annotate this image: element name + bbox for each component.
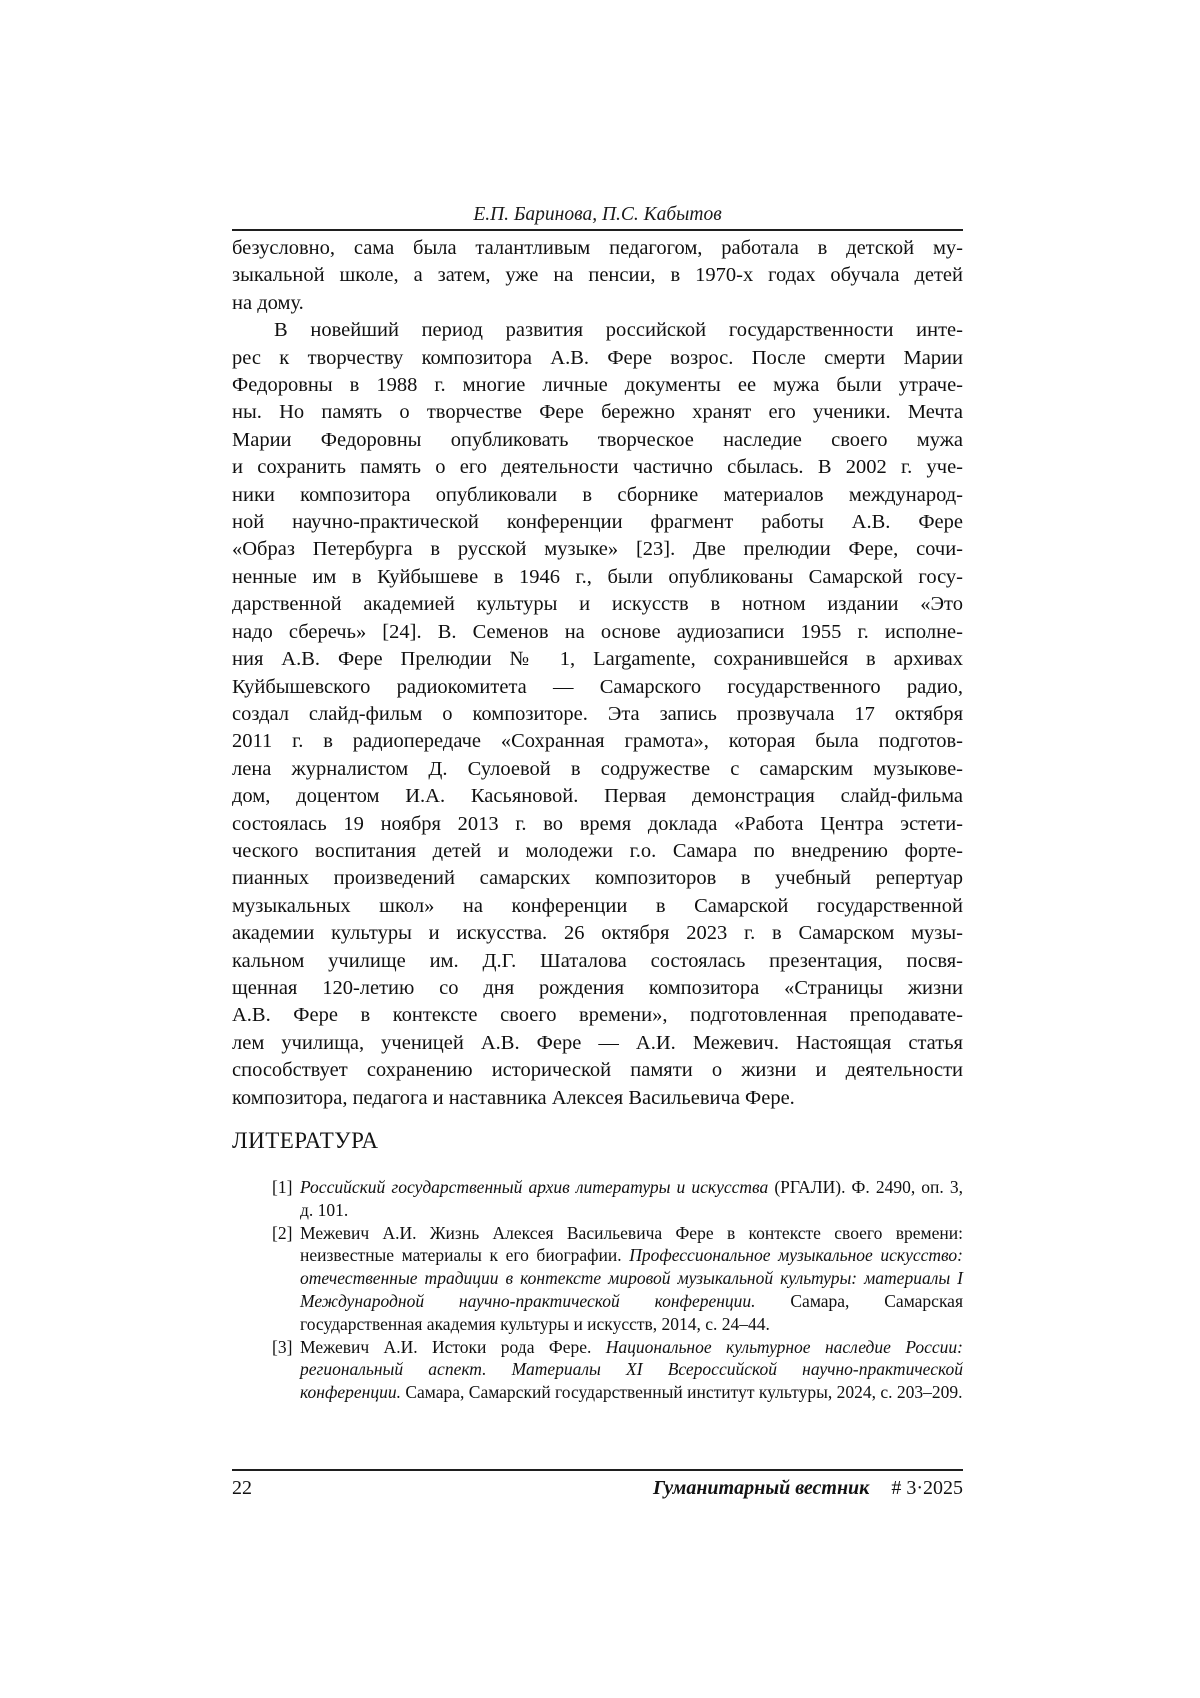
text-line: Марии Федоровны опубликовать творческое … (232, 427, 963, 454)
footer-rule (232, 1469, 963, 1471)
text-line: ники композитора опубликовали в сборнике… (232, 482, 963, 509)
text-line: создал слайд-фильм о композиторе. Эта за… (232, 701, 963, 728)
text-line: и сохранить память о его деятельности ча… (232, 454, 963, 481)
article-body: безусловно, сама была талантливым педаго… (232, 235, 963, 1112)
reference-item: [1]Российский государственный архив лите… (232, 1176, 963, 1222)
reference-item: [3]Межевич А.И. Истоки рода Фере. Национ… (232, 1336, 963, 1404)
text-line: безусловно, сама была талантливым педаго… (232, 235, 963, 262)
text-line: ческого воспитания детей и молодежи г.о.… (232, 838, 963, 865)
text-line: рес к творчеству композитора А.В. Фере в… (232, 345, 963, 372)
text-line: ной научно-практической конференции фраг… (232, 509, 963, 536)
text-line: способствует сохранению исторической пам… (232, 1057, 963, 1084)
text-line: музыкальных школ» на конференции в Самар… (232, 893, 963, 920)
text-line: ния А.В. Фере Прелюдии № 1, Largamente, … (232, 646, 963, 673)
text-line: ны. Но память о творчестве Фере бережно … (232, 399, 963, 426)
header-rule (232, 229, 963, 231)
text-line: надо сберечь» [24]. В. Семенов на основе… (232, 619, 963, 646)
text-line: композитора, педагога и наставника Алекс… (232, 1085, 963, 1112)
reference-text: Межевич А.И. Истоки рода Фере. (300, 1337, 606, 1357)
text-line: ненные им в Куйбышеве в 1946 г., были оп… (232, 564, 963, 591)
text-line: щенная 120-летию со дня рождения компози… (232, 975, 963, 1002)
reference-source-italic: Российский государственный архив литерат… (300, 1177, 768, 1197)
reference-list: [1]Российский государственный архив лите… (232, 1176, 963, 1404)
text-line: Федоровны в 1988 г. многие личные докуме… (232, 372, 963, 399)
reference-item: [2]Межевич А.И. Жизнь Алексея Васильевич… (232, 1222, 963, 1336)
reference-number: [1] (272, 1176, 292, 1199)
page-footer: 22 Гуманитарный вестник # 3·2025 (232, 1477, 963, 1500)
text-line: лена журналистом Д. Сулоевой в содружест… (232, 756, 963, 783)
text-line: пианных произведений самарских композито… (232, 865, 963, 892)
text-line: 2011 г. в радиопередаче «Сохранная грамо… (232, 728, 963, 755)
text-line: зыкальной школе, а затем, уже на пенсии,… (232, 262, 963, 289)
text-line: Куйбышевского радиокомитета — Самарского… (232, 674, 963, 701)
text-line: В новейший период развития российской го… (232, 317, 963, 344)
literature-heading: ЛИТЕРАТУРА (232, 1127, 963, 1155)
text-line: дом, доцентом И.А. Касьяновой. Первая де… (232, 783, 963, 810)
text-line: на дому. (232, 290, 963, 317)
text-line: кальном училище им. Д.Г. Шаталова состоя… (232, 948, 963, 975)
text-line: А.В. Фере в контексте своего времени», п… (232, 1002, 963, 1029)
reference-number: [2] (272, 1222, 292, 1245)
reference-text: Самара, Самарский государственный инстит… (401, 1382, 963, 1402)
journal-title: Гуманитарный вестник (653, 1477, 869, 1500)
journal-issue: # 3·2025 (891, 1477, 963, 1500)
text-line: состоялась 19 ноября 2013 г. во время до… (232, 811, 963, 838)
text-line: «Образ Петербурга в русской музыке» [23]… (232, 536, 963, 563)
reference-number: [3] (272, 1336, 292, 1359)
text-line: академии культуры и искусства. 26 октябр… (232, 920, 963, 947)
journal-line: Гуманитарный вестник # 3·2025 (653, 1477, 963, 1500)
running-head-authors: Е.П. Баринова, П.С. Кабытов (232, 203, 963, 227)
text-line: лем училища, ученицей А.В. Фере — А.И. М… (232, 1030, 963, 1057)
page-number: 22 (232, 1477, 252, 1500)
scanned-page: Е.П. Баринова, П.С. Кабытов безусловно, … (0, 0, 1200, 1698)
text-line: дарственной академией культуры и искусст… (232, 591, 963, 618)
